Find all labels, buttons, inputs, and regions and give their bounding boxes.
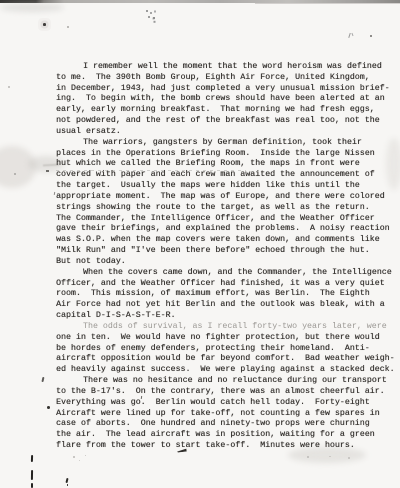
scan-speck-cluster <box>146 10 148 12</box>
text-line: was S.O.P. when the map covers were take… <box>56 235 400 246</box>
text-line: covered with paper and each crew man awa… <box>56 170 400 181</box>
text-line: the air. The lead aircraft was in positi… <box>56 430 400 441</box>
text-line: Everything was go. Berlin would catch he… <box>56 398 400 409</box>
text-line: early, early morning breakfast. That mor… <box>56 105 400 116</box>
scan-speck <box>370 35 372 37</box>
text-line: room. This mission, of maximum effort, w… <box>56 289 400 300</box>
scan-speck <box>329 456 331 458</box>
stray-quote-artifact <box>53 192 55 195</box>
scan-speck <box>153 17 155 19</box>
exclamation-mark-artifact <box>67 484 69 486</box>
typewritten-text: I remember well the moment that the word… <box>56 62 400 452</box>
text-line: the target. Usually the maps were hidden… <box>56 181 400 192</box>
text-line: gave their briefings, and explained the … <box>56 224 400 235</box>
text-line: I remember well the moment that the word… <box>56 62 400 73</box>
text-line: aircraft opposition would be far beyond … <box>56 354 400 365</box>
text-line: appropriate moment. The map was of Europ… <box>56 192 400 203</box>
margin-dash-mark <box>31 483 33 488</box>
text-line: capital D-I-S-A-S-T-E-R. <box>56 311 400 322</box>
scan-speck <box>348 457 350 459</box>
text-line: to the B-17's. On the contrary, there wa… <box>56 387 400 398</box>
ink-dot-artifact <box>43 23 46 26</box>
text-line: case of aborts. One hundred and ninety-t… <box>56 419 400 430</box>
text-line: usual ersatz. <box>56 127 400 138</box>
margin-dot-artifact <box>47 406 50 409</box>
scan-top-edge-artifact <box>255 3 400 4</box>
text-line: places in the Operations Briefing Room. … <box>56 149 400 160</box>
scan-speck <box>79 460 80 461</box>
text-line: hut which we called the Briefing Room, t… <box>56 159 400 170</box>
scan-speck <box>67 26 69 28</box>
margin-tick-artifact <box>42 377 45 382</box>
scan-smudge <box>0 3 64 12</box>
text-line: ing. To begin with, the bomb crews shoul… <box>56 94 400 105</box>
text-line: be hordes of enemy defenders, protecting… <box>56 344 400 355</box>
text-line: "Milk Run" and "I've been there before" … <box>56 246 400 257</box>
text-line: Air Force had not yet hit Berlin and the… <box>56 300 400 311</box>
scan-speck <box>307 456 309 458</box>
scan-speck <box>46 170 49 172</box>
scan-speck <box>73 456 75 458</box>
scan-speck <box>351 33 353 36</box>
scan-speck <box>14 173 16 175</box>
margin-dash-mark <box>30 455 32 462</box>
text-line: But not today. <box>56 257 400 268</box>
text-line: strings showing the route to the target,… <box>56 203 400 214</box>
exclamation-mark-artifact <box>65 477 68 482</box>
text-line: Officer, and the Weather Officer had fin… <box>56 279 400 290</box>
document-page: I remember well the moment that the word… <box>0 0 400 488</box>
margin-dash-mark <box>31 469 33 479</box>
text-line: Aircraft were lined up for take-off, not… <box>56 409 400 420</box>
text-line: The warriors, gangsters by German defini… <box>56 138 400 149</box>
text-line: The Commander, the Intelligence Officer,… <box>56 214 400 225</box>
text-line: in December, 1943, had just completed a … <box>56 84 400 95</box>
text-line: ed heavily against success. We were play… <box>56 365 400 376</box>
scan-speck <box>85 455 86 456</box>
text-line: to me. The 390th Bomb Group, Eighth Air … <box>56 73 400 84</box>
scan-speck <box>8 86 10 88</box>
text-line: The odds of survival, as I recall forty-… <box>56 322 400 333</box>
text-line: one in ten. We would have no fighter pro… <box>56 333 400 344</box>
text-line: When the covers came down, and the Comma… <box>56 268 400 279</box>
text-line: flare from the tower to start take-off. … <box>56 441 400 452</box>
text-line: not powdered, and the rest of the breakf… <box>56 116 400 127</box>
text-line: There was no hesitance and no reluctance… <box>56 376 400 387</box>
